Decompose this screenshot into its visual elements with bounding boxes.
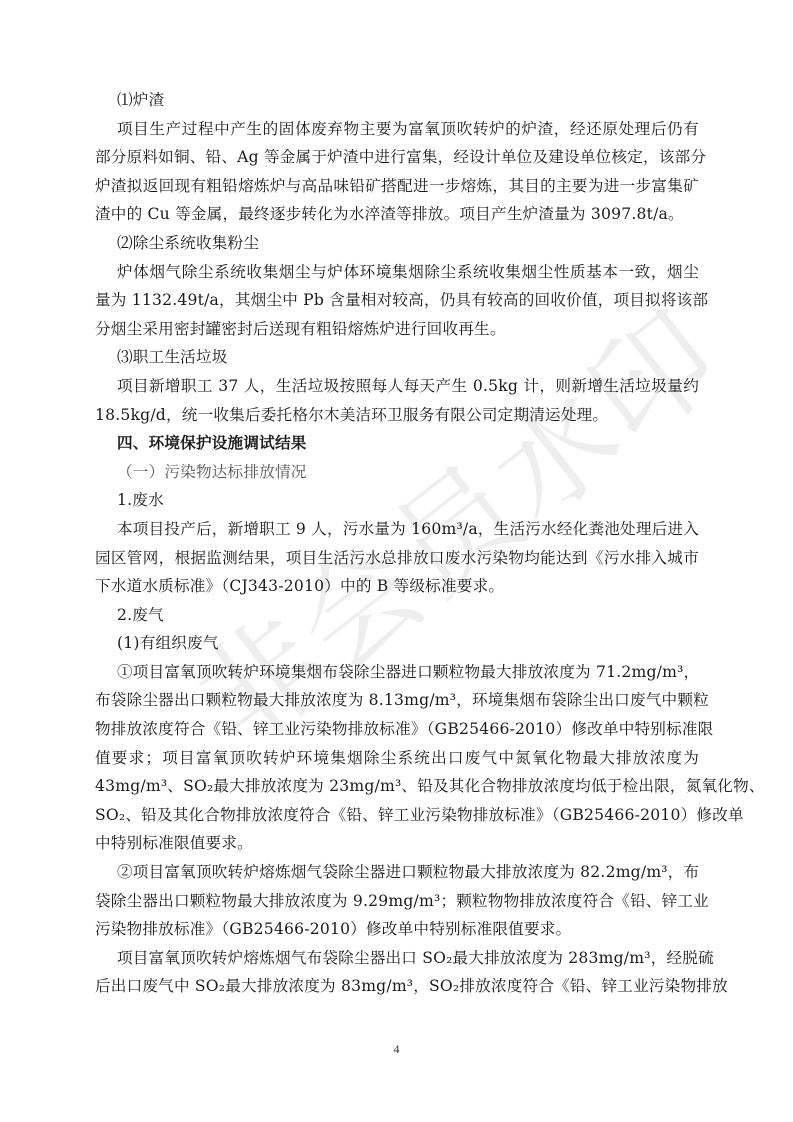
- text-line: 渣中的 Cu 等金属，最终逐步转化为水淬渣等排放。项目产生炉渣量为 3097.8…: [95, 200, 699, 229]
- text-line: 中特别标准限值要求。: [95, 829, 699, 858]
- page-number: 4: [0, 1042, 793, 1057]
- text-line: 18.5kg/d，统一收集后委托格尔木美洁环卫服务有限公司定期清运处理。: [95, 401, 699, 430]
- subsection-heading: （一）污染物达标排放情况: [95, 458, 699, 487]
- paragraph-slag: 项目生产过程中产生的固体废弃物主要为富氧顶吹转炉的炉渣，经还原处理后仍有 部分原…: [95, 115, 699, 229]
- paragraph-gas-1: ①项目富氧顶吹转炉环境集烟布袋除尘器进口颗粒物最大排放浓度为 71.2mg/m³…: [95, 658, 699, 858]
- text-line: 下水道水质标准》（CJ343-2010）中的 B 等级标准要求。: [95, 572, 699, 601]
- paragraph-gas-so2: 项目富氧顶吹转炉熔炼烟气布袋除尘器出口 SO₂最大排放浓度为 283mg/m³，…: [95, 944, 699, 1001]
- text-line: 本项目投产后，新增职工 9 人，污水量为 160m³/a，生活污水经化粪池处理后…: [95, 515, 699, 544]
- text-line: 项目新增职工 37 人，生活垃圾按照每人每天产生 0.5kg 计，则新增生活垃圾…: [95, 372, 699, 401]
- text-line: 炉渣拟返回现有粗铅熔炼炉与高品味铅矿搭配进一步熔炼，其目的主要为进一步富集矿: [95, 172, 699, 201]
- subheading-organized-gas: (1)有组织废气: [95, 629, 699, 658]
- text-line: 污染物排放标准》（GB25466-2010）修改单中特别标准限值要求。: [95, 915, 699, 944]
- paragraph-gas-2: ②项目富氧顶吹转炉熔炼烟气袋除尘器进口颗粒物最大排放浓度为 82.2mg/m³，…: [95, 858, 699, 944]
- paragraph-dust: 炉体烟气除尘系统收集烟尘与炉体环境集烟除尘系统收集烟尘性质基本一致，烟尘 量为 …: [95, 258, 699, 344]
- text-line: 部分原料如铜、铅、Ag 等金属于炉渣中进行富集，经设计单位及建设单位核定，该部分: [95, 143, 699, 172]
- subheading-wastewater: 1.废水: [95, 486, 699, 515]
- text-line: 布袋除尘器出口颗粒物最大排放浓度为 8.13mg/m³，环境集烟布袋除尘出口废气…: [95, 686, 699, 715]
- text-line: 袋除尘器出口颗粒物最大排放浓度为 9.29mg/m³；颗粒物物排放浓度符合《铅、…: [95, 887, 699, 916]
- subheading-dust: ⑵除尘系统收集粉尘: [95, 229, 699, 258]
- paragraph-wastewater: 本项目投产后，新增职工 9 人，污水量为 160m³/a，生活污水经化粪池处理后…: [95, 515, 699, 601]
- text-line: 分烟尘采用密封罐密封后送现有粗铅熔炼炉进行回收再生。: [95, 315, 699, 344]
- text-line: 量为 1132.49t/a，其烟尘中 Pb 含量相对较高，仍具有较高的回收价值，…: [95, 286, 699, 315]
- text-line: 项目富氧顶吹转炉熔炼烟气布袋除尘器出口 SO₂最大排放浓度为 283mg/m³，…: [95, 944, 699, 973]
- text-line: SO₂、铅及其化合物排放浓度符合《铅、锌工业污染物排放标准》（GB25466-2…: [95, 801, 699, 830]
- text-line: ①项目富氧顶吹转炉环境集烟布袋除尘器进口颗粒物最大排放浓度为 71.2mg/m³…: [95, 658, 699, 687]
- text-line: 物排放浓度符合《铅、锌工业污染物排放标准》（GB25466-2010）修改单中特…: [95, 715, 699, 744]
- text-line: ②项目富氧顶吹转炉熔炼烟气袋除尘器进口颗粒物最大排放浓度为 82.2mg/m³，…: [95, 858, 699, 887]
- page-content: ⑴炉渣 项目生产过程中产生的固体废弃物主要为富氧顶吹转炉的炉渣，经还原处理后仍有…: [95, 86, 699, 1001]
- text-line: 炉体烟气除尘系统收集烟尘与炉体环境集烟除尘系统收集烟尘性质基本一致，烟尘: [95, 258, 699, 287]
- subheading-garbage: ⑶职工生活垃圾: [95, 343, 699, 372]
- text-line: 值要求；项目富氧顶吹转炉环境集烟除尘系统出口废气中氮氧化物最大排放浓度为: [95, 744, 699, 773]
- section-heading: 四、环境保护设施调试结果: [95, 429, 699, 458]
- subheading-slag: ⑴炉渣: [95, 86, 699, 115]
- text-line: 后出口废气中 SO₂最大排放浓度为 83mg/m³，SO₂排放浓度符合《铅、锌工…: [95, 972, 699, 1001]
- paragraph-garbage: 项目新增职工 37 人，生活垃圾按照每人每天产生 0.5kg 计，则新增生活垃圾…: [95, 372, 699, 429]
- subheading-waste-gas: 2.废气: [95, 601, 699, 630]
- document-page: 非会员水印 ⑴炉渣 项目生产过程中产生的固体废弃物主要为富氧顶吹转炉的炉渣，经还…: [0, 0, 793, 1122]
- text-line: 43mg/m³、SO₂最大排放浓度为 23mg/m³、铅及其化合物排放浓度均低于…: [95, 772, 699, 801]
- text-line: 项目生产过程中产生的固体废弃物主要为富氧顶吹转炉的炉渣，经还原处理后仍有: [95, 115, 699, 144]
- text-line: 园区管网，根据监测结果，项目生活污水总排放口废水污染物均能达到《污水排入城市: [95, 544, 699, 573]
